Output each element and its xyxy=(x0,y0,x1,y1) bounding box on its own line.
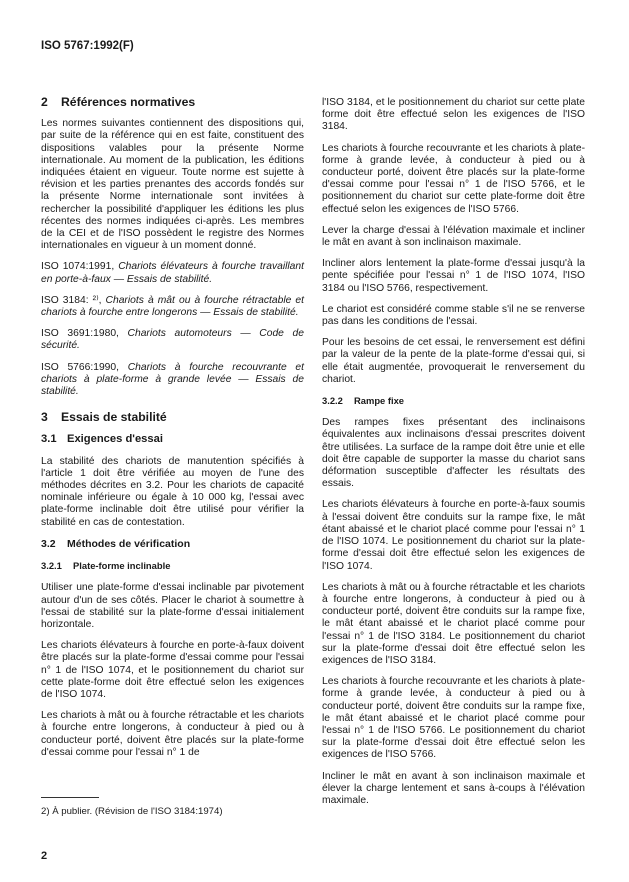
paragraph: Pour les besoins de cet essai, le renver… xyxy=(322,337,585,386)
section-title: Essais de stabilité xyxy=(61,410,167,424)
footnote-divider xyxy=(41,797,99,798)
reference-id: ISO 3184: ²⁾, xyxy=(41,295,106,306)
footnote: 2) À publier. (Révision de l'ISO 3184:19… xyxy=(41,806,223,817)
section-title: Références normatives xyxy=(61,95,195,109)
section-number: 3.2 xyxy=(41,538,67,550)
section-number: 3.1 xyxy=(41,433,67,445)
paragraph: Les chariots à mât ou à fourche rétracta… xyxy=(41,710,304,759)
document-id-header: ISO 5767:1992(F) xyxy=(41,40,134,52)
reference-id: ISO 3691:1980, xyxy=(41,328,128,339)
reference-id: ISO 5766:1990, xyxy=(41,362,128,373)
section-number: 3 xyxy=(41,411,61,423)
paragraph: Les chariots à fourche recouvrante et le… xyxy=(322,676,585,761)
section-number: 3.2.2 xyxy=(322,395,354,407)
paragraph: Utiliser une plate-forme d'essai inclina… xyxy=(41,582,304,631)
paragraph: Les chariots à fourche recouvrante et le… xyxy=(322,143,585,216)
paragraph: Le chariot est considéré comme stable s'… xyxy=(322,304,585,328)
right-column: l'ISO 3184, et le positionnement du char… xyxy=(322,97,585,816)
paragraph: Incliner le mât en avant à son inclinais… xyxy=(322,771,585,808)
paragraph: Incliner alors lentement la plate-forme … xyxy=(322,258,585,295)
reference-iso-5766: ISO 5766:1990, Chariots à fourche recouv… xyxy=(41,362,304,399)
paragraph: Les chariots élévateurs à fourche en por… xyxy=(41,640,304,701)
section-number: 3.2.1 xyxy=(41,560,73,572)
reference-iso-3184: ISO 3184: ²⁾, Chariots à mât ou à fourch… xyxy=(41,295,304,319)
section-3-2-1-heading: 3.2.1Plate-forme inclinable xyxy=(41,560,304,572)
section-3-1-heading: 3.1Exigences d'essai xyxy=(41,433,304,445)
page-number: 2 xyxy=(41,850,47,862)
paragraph: Les chariots élévateurs à fourche en por… xyxy=(322,499,585,572)
section-3-1-text: La stabilité des chariots de manutention… xyxy=(41,456,304,529)
reference-id: ISO 1074:1991, xyxy=(41,261,118,272)
paragraph: Lever la charge d'essai à l'élévation ma… xyxy=(322,225,585,249)
section-2-heading: 2Références normatives xyxy=(41,96,304,108)
section-title: Plate-forme inclinable xyxy=(73,560,170,571)
section-title: Méthodes de vérification xyxy=(67,538,190,550)
section-title: Rampe fixe xyxy=(354,395,404,406)
section-title: Exigences d'essai xyxy=(67,433,163,445)
section-3-2-heading: 3.2Méthodes de vérification xyxy=(41,538,304,550)
section-3-heading: 3Essais de stabilité xyxy=(41,411,304,423)
paragraph: Les chariots à mât ou à fourche rétracta… xyxy=(322,582,585,667)
section-number: 2 xyxy=(41,96,61,108)
reference-iso-1074: ISO 1074:1991, Chariots élévateurs à fou… xyxy=(41,261,304,285)
reference-iso-3691: ISO 3691:1980, Chariots automoteurs — Co… xyxy=(41,328,304,352)
paragraph: Des rampes fixes présentant des inclinai… xyxy=(322,417,585,490)
section-3-2-2-heading: 3.2.2Rampe fixe xyxy=(322,395,585,407)
paragraph: l'ISO 3184, et le positionnement du char… xyxy=(322,97,585,134)
left-column: 2Références normatives Les normes suivan… xyxy=(41,96,304,768)
section-2-intro: Les normes suivantes contiennent des dis… xyxy=(41,118,304,252)
